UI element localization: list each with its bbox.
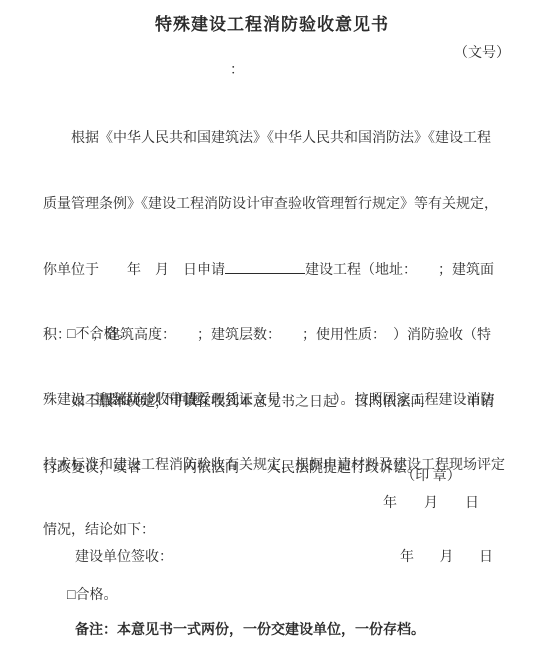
fail-label: 不合格。 [75,327,131,342]
signoff-date-day: 日 [479,546,493,566]
paragraph-line-segment: 你单位于 年 月 日申请 [43,263,225,278]
page-title: 特殊建设工程消防验收意见书 [0,10,544,35]
seal-date-month: 月 [424,494,438,514]
signoff-label: 建设单位签收： [43,546,173,566]
seal-date-year: 年 [383,494,397,514]
seal-block: （印 章） 年 月 日 [383,467,479,514]
signoff-row: 建设单位签收： 年 月 日 [43,546,501,566]
project-name-blank-field[interactable] [225,259,305,274]
paragraph-line: 你单位于 年 月 日申请建设工程（地址： ；建筑面 [43,259,506,282]
paragraph-line: 根据《中华人民共和国建筑法》《中华人民共和国消防法》《建设工程 [43,128,506,150]
pass-label: 合格。 [75,588,117,603]
conclusion-pass-row: □合格。 [43,585,506,607]
paragraph-line: 情况，结论如下： [43,520,506,542]
seal-date-day: 日 [465,494,479,514]
seal-date-line: 年 月 日 [383,494,479,514]
paragraph-line: 质量管理条例》《建设工程消防设计审查验收管理暂行规定》等有关规定， [43,194,506,216]
seal-placeholder-label: （印 章） [383,467,479,487]
remark-line: 备注：本意见书一式两份，一份交建设单位，一份存档。 [43,619,506,639]
signoff-date-month: 月 [440,546,454,566]
conclusion-fail-row: □不合格。 [43,324,506,346]
signoff-date-year: 年 [400,546,414,566]
signoff-date-line: 年 月 日 [400,546,493,566]
doc-number-label: （文号） [454,42,510,62]
document-page: 特殊建设工程消防验收意见书 （文号） ： 根据《中华人民共和国建筑法》《中华人民… [0,0,544,664]
appeal-line: 如不服本决定，可以在收到本意见书之日起 日内依法向 申请 [43,392,506,414]
salutation-colon: ： [230,59,244,79]
paragraph-line-segment: 建设工程（地址： ；建筑面 [305,263,494,278]
